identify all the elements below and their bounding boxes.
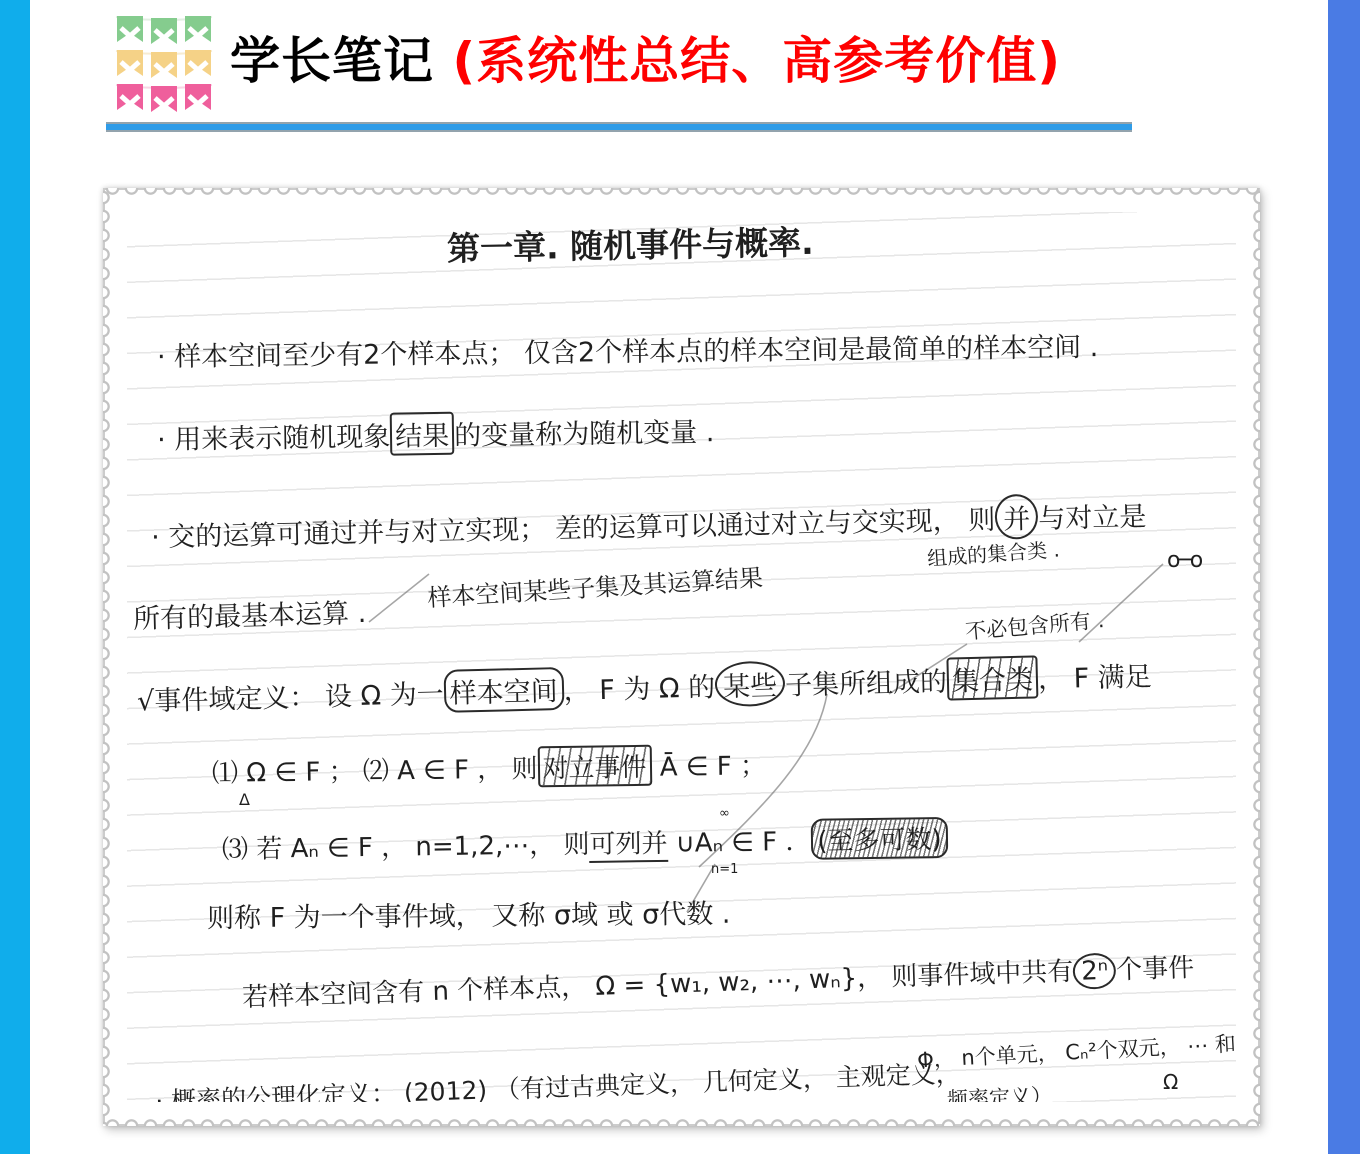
note-line-axiom-3: ⑶ 若 Aₙ ∈ F ， n=1,2,⋯， 则可列并 ∪Aₙ ∈ F ．(至多可…	[222, 817, 948, 868]
page: 学长笔记 (系统性总结、高参考价值) 第一章. 随机事件与概率. · 样本空间至…	[0, 0, 1360, 1154]
note-line-event-field-def: √事件域定义： 设 Ω 为一样本空间， F 为 Ω 的某些子集所组成的集合类， …	[137, 652, 1153, 722]
note-line-axiomatic-definition: · 概率的公理化定义： (2012) （有过古典定义， 几何定义， 主观定义，	[155, 1054, 962, 1102]
page-title-red: (系统性总结、高参考价值)	[434, 32, 1061, 90]
annotation-omega: Ω	[1163, 1070, 1178, 1094]
boxed-term-set-class: 集合类	[946, 655, 1038, 700]
header-divider	[106, 122, 1132, 132]
union-sub-n1: n=1	[711, 862, 738, 877]
note-line-axiom-1-2: ⑴ Ω ∈ F ； ⑵ A ∈ F ， 则对立事件 Ā ∈ F ；	[212, 743, 767, 792]
note-line-sigma-field: 则称 F 为一个事件域， 又称 σ域 或 σ代数 .	[207, 892, 731, 936]
circled-term-2n: 2ⁿ	[1073, 953, 1117, 990]
scribbled-term-countable: (至多可数)	[811, 817, 948, 860]
annotation-subsets: 样本空间某些子集及其运算结果	[426, 558, 764, 613]
delta-mark: Δ	[239, 790, 250, 809]
page-title: 学长笔记 (系统性总结、高参考价值)	[230, 30, 1061, 92]
boxed-term-sample-space: 样本空间	[443, 667, 564, 713]
header: 学长笔记 (系统性总结、高参考价值)	[0, 0, 1360, 140]
boxed-term-complement-event: 对立事件	[537, 745, 652, 788]
annotation-not-all: 不必包含所有 .	[964, 604, 1105, 646]
page-title-black: 学长笔记	[230, 32, 434, 90]
union-sup-infinity: ∞	[719, 806, 730, 821]
doodle-mark: o─o	[1167, 548, 1201, 573]
note-line-basic-operations: 所有的最基本运算 .	[133, 591, 367, 636]
boxed-term-result: 结果	[390, 412, 455, 456]
note-line-random-variable: · 用来表示随机现象结果的变量称为随机变量 .	[157, 408, 715, 459]
annotation-frequency-definition: 频率定义）	[947, 1080, 1053, 1102]
annotation-element-counts: Φ， n个单元， Cₙ²个双元， ⋯ 和	[916, 1028, 1236, 1075]
bunting-flags-icon	[112, 10, 216, 116]
handwritten-notes-scan: 第一章. 随机事件与概率. · 样本空间至少有2个样本点； 仅含2个样本点的样本…	[127, 212, 1236, 1102]
underlined-term-countable-union: 可列并	[589, 823, 668, 863]
circled-term-union: 并	[995, 494, 1039, 540]
circled-term-some: 某些	[715, 661, 786, 708]
note-line-sample-space: · 样本空间至少有2个样本点； 仅含2个样本点的样本空间是最简单的样本空间 .	[157, 325, 1099, 374]
left-border-bar	[0, 0, 30, 1154]
notes-stamp: 第一章. 随机事件与概率. · 样本空间至少有2个样本点； 仅含2个样本点的样本…	[103, 188, 1260, 1126]
chapter-title: 第一章. 随机事件与概率.	[447, 217, 814, 270]
right-border-bar	[1328, 0, 1360, 1154]
note-line-2n-events: 若样本空间含有 n 个样本点， Ω = {w₁, w₂, ⋯, wₙ}， 则事件…	[242, 947, 1195, 1016]
